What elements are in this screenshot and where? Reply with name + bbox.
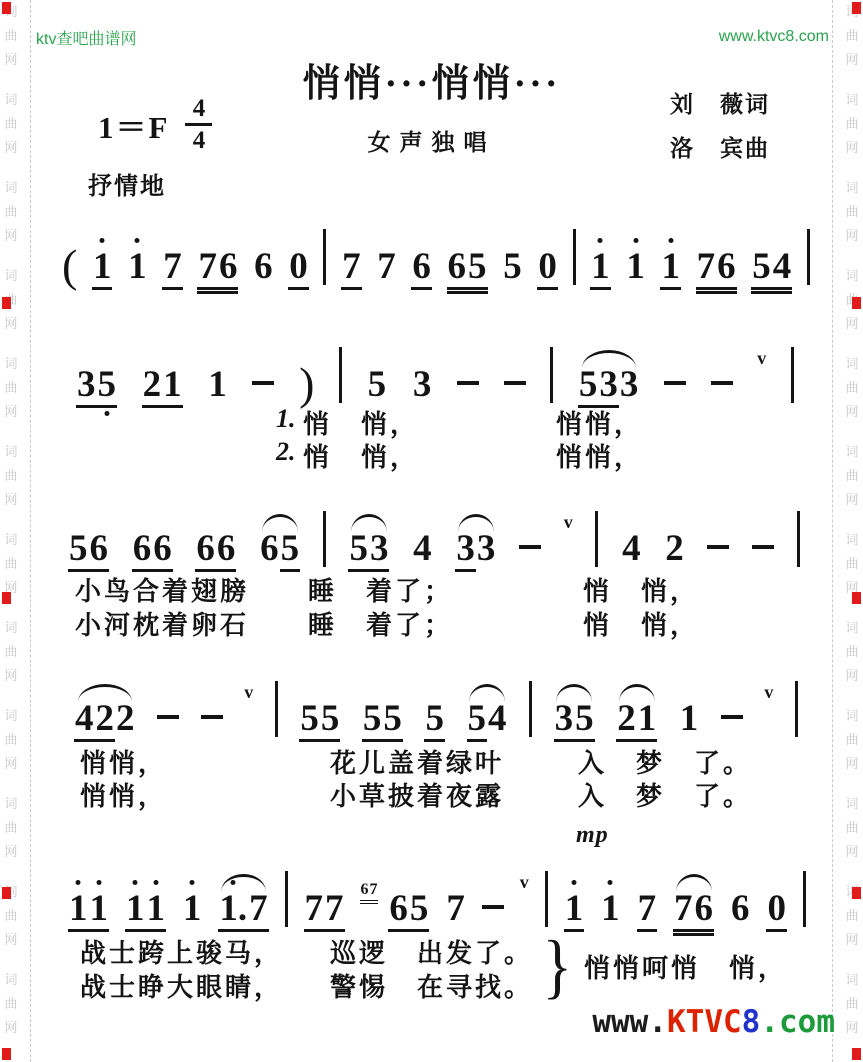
lyric-text: 小鸟合着翅膀 — [75, 571, 249, 608]
note: 5 — [502, 248, 523, 285]
note: 6 — [388, 890, 409, 927]
watermark-char: 词 — [841, 528, 863, 552]
beam-group: 35 — [76, 366, 117, 408]
breath-mark: v — [564, 512, 573, 533]
lyric-text: 悄 悄， — [303, 437, 419, 474]
lyric-text: 悄悄， — [80, 776, 167, 813]
note: 4 — [621, 530, 642, 567]
note: 7 — [445, 890, 466, 927]
watermark-char: 网 — [841, 400, 863, 424]
note: 7 — [673, 890, 694, 927]
note: 4 — [772, 248, 793, 285]
note: 2 — [95, 700, 116, 737]
watermark-char: 曲 — [841, 816, 863, 840]
music-line: 422v555555435211v — [74, 656, 798, 742]
beam-group: 6 — [411, 248, 432, 290]
watermark-char: 词 — [841, 176, 863, 200]
left-dashed-divider — [30, 0, 31, 1062]
logo-segment: www. — [592, 1004, 667, 1040]
watermark-char: 网 — [0, 312, 22, 336]
duration-dash — [519, 545, 541, 549]
note: 1 — [89, 890, 110, 927]
right-watermark-border: 词曲网词曲网词曲网词曲网词曲网词曲网词曲网词曲网词曲网词曲网词曲网词曲网 — [841, 0, 863, 1062]
note: 5 — [299, 700, 320, 737]
barline — [573, 229, 576, 285]
slur-group: 533 — [578, 350, 640, 408]
note: 7 — [304, 890, 325, 927]
note: 5 — [367, 366, 388, 403]
breath-mark: v — [520, 872, 529, 893]
note: 1 — [564, 890, 585, 927]
note: 3 — [619, 366, 640, 403]
duration-dash — [201, 715, 223, 719]
note: 5 — [467, 248, 488, 285]
note: 7 — [341, 248, 362, 285]
duration-dash — [157, 715, 179, 719]
watermark-char: 词 — [0, 968, 22, 992]
barline — [285, 871, 288, 927]
duration-dash — [711, 381, 733, 385]
note: 2 — [115, 700, 136, 737]
watermark-char: 词 — [0, 704, 22, 728]
watermark-char: 曲 — [0, 552, 22, 576]
note: 6 — [694, 890, 715, 927]
watermark-char: 曲 — [0, 816, 22, 840]
breath-mark: v — [244, 682, 253, 703]
watermark-char: 曲 — [841, 552, 863, 576]
red-edge-marker — [852, 887, 861, 899]
note: 6 — [218, 248, 239, 285]
watermark-char: 词 — [0, 440, 22, 464]
watermark-char: 网 — [841, 928, 863, 952]
beam-group: 56 — [68, 530, 109, 572]
site-url-link[interactable]: www.ktvc8.com — [719, 28, 829, 46]
note: 6 — [152, 530, 173, 567]
lyric-text: 2. — [276, 437, 296, 467]
watermark-char: 词 — [841, 704, 863, 728]
lyric-text: 1. — [276, 404, 296, 434]
lyric-text: 巡逻 出发了。 — [330, 933, 533, 970]
red-edge-marker — [2, 1048, 11, 1060]
note: 6 — [216, 530, 237, 567]
watermark-char: 网 — [841, 312, 863, 336]
note: 7 — [376, 248, 397, 285]
lyricist-credit: 刘 薇词 — [670, 86, 770, 119]
beam-group: 0 — [537, 248, 558, 290]
lyric-text: 悄悄， — [556, 404, 643, 441]
watermark-char: 曲 — [0, 904, 22, 928]
note: 1 — [625, 248, 646, 285]
note: 5 — [320, 700, 341, 737]
note: 5 — [751, 248, 772, 285]
lyric-text: 悄悄呵悄 悄， — [584, 948, 787, 985]
watermark-char: 网 — [0, 752, 22, 776]
beam-group: 11 — [68, 890, 109, 932]
beam-group: 1 — [92, 248, 113, 290]
note: 6 — [89, 530, 110, 567]
beam-group: 65 — [388, 890, 429, 932]
site-name-link[interactable]: ktv查吧曲谱网 — [36, 26, 136, 49]
note: 1 — [162, 366, 183, 403]
watermark-char: 曲 — [841, 200, 863, 224]
note: 7 — [197, 248, 218, 285]
slur-group: 35 — [554, 684, 595, 742]
red-edge-marker — [852, 297, 861, 309]
duration-dash — [664, 381, 686, 385]
watermark-char: 词 — [0, 528, 22, 552]
red-edge-marker — [852, 2, 861, 14]
red-edge-marker — [852, 592, 861, 604]
lyric-text: 战士睁大眼睛， — [80, 967, 283, 1004]
watermark-char: 网 — [0, 840, 22, 864]
duration-dash — [721, 715, 743, 719]
logo-segment: .com — [760, 1004, 835, 1040]
lyric-text: 小河枕着卵石 — [75, 605, 249, 642]
barline — [323, 511, 326, 567]
note: 7 — [637, 890, 658, 927]
watermark-char: 词 — [0, 352, 22, 376]
watermark-char: 词 — [0, 792, 22, 816]
watermark-char: 曲 — [841, 992, 863, 1016]
note: 6 — [447, 248, 468, 285]
verse-brace: } — [543, 925, 572, 1008]
note: 5 — [362, 700, 383, 737]
note: 7 — [324, 890, 345, 927]
lyric-text: 悄 悄， — [583, 571, 699, 608]
note: 5 — [382, 700, 403, 737]
lyric-text: 花儿盖着绿叶 — [330, 743, 504, 780]
red-edge-marker — [2, 297, 11, 309]
watermark-char: 词 — [841, 616, 863, 640]
beam-group: 5 — [280, 530, 301, 572]
beam-group: 5 — [467, 700, 488, 742]
tempo-marking: 抒情地 — [88, 166, 166, 201]
note: 4 — [412, 530, 433, 567]
note: 1 — [125, 890, 146, 927]
watermark-char: 曲 — [841, 24, 863, 48]
beam-group: 55 — [362, 700, 403, 742]
red-edge-marker — [852, 1048, 861, 1060]
watermark-char: 曲 — [841, 464, 863, 488]
beam-group: 21 — [142, 366, 183, 408]
watermark-char: 网 — [841, 224, 863, 248]
beam-group: 7 — [637, 890, 658, 932]
watermark-char: 词 — [0, 176, 22, 200]
lyric-text: 警惕 在寻找。 — [330, 967, 533, 1004]
watermark-char: 曲 — [0, 640, 22, 664]
watermark-char: 词 — [0, 616, 22, 640]
note: 0 — [766, 890, 787, 927]
beam-group: 0 — [288, 248, 309, 290]
music-line: 5666666553433v42 — [68, 486, 800, 572]
note: 3 — [476, 530, 497, 567]
note: 1 — [637, 700, 658, 737]
barline — [807, 229, 810, 285]
note: 3 — [598, 366, 619, 403]
beam-group: 55 — [299, 700, 340, 742]
note: 5 — [97, 366, 118, 403]
watermark-char: 曲 — [841, 904, 863, 928]
beam-group: 53 — [578, 366, 619, 408]
beam-group: 7 — [341, 248, 362, 290]
slur-group: 53 — [348, 514, 389, 572]
slur-group: 76 — [673, 874, 714, 932]
note: 1 — [182, 890, 203, 927]
watermark-char: 曲 — [0, 992, 22, 1016]
watermark-char: 网 — [0, 1016, 22, 1040]
beam-group: 66 — [132, 530, 173, 572]
lyric-text: 睡 着了； — [308, 605, 453, 642]
note: 5 — [348, 530, 369, 567]
note: 2 — [616, 700, 637, 737]
beam-group: 76 — [696, 248, 737, 290]
red-edge-marker — [2, 887, 11, 899]
note: 1 — [207, 366, 228, 403]
watermark-char: 曲 — [841, 376, 863, 400]
barline — [550, 347, 553, 403]
note: 5 — [574, 700, 595, 737]
note: 5 — [467, 700, 488, 737]
note: 2 — [664, 530, 685, 567]
watermark-char: 曲 — [0, 728, 22, 752]
duration-dash — [482, 905, 504, 909]
watermark-char: 词 — [841, 440, 863, 464]
note: 1 — [660, 248, 681, 285]
barline — [339, 347, 342, 403]
beam-group: 65 — [447, 248, 488, 290]
watermark-char: 词 — [0, 264, 22, 288]
note: 1 — [127, 248, 148, 285]
barline — [595, 511, 598, 567]
watermark-char: 曲 — [841, 728, 863, 752]
beam-group: 3 — [455, 530, 476, 572]
watermark-char: 网 — [0, 488, 22, 512]
watermark-char: 网 — [0, 400, 22, 424]
slur-group: 1.7 — [218, 874, 268, 932]
watermark-char: 网 — [841, 488, 863, 512]
note: 3 — [455, 530, 476, 567]
watermark-char: 网 — [0, 664, 22, 688]
watermark-char: 曲 — [0, 24, 22, 48]
lyric-text: 入 梦 了。 — [578, 776, 752, 813]
note: 5 — [409, 890, 430, 927]
note: 1 — [92, 248, 113, 285]
parenthesis: ( — [62, 239, 77, 292]
beam-group: 54 — [751, 248, 792, 290]
lyric-text: 睡 着了； — [308, 571, 453, 608]
note: 5 — [578, 366, 599, 403]
meter-numerator: 4 — [193, 96, 206, 121]
beam-group: 7 — [162, 248, 183, 290]
slur-group: 21 — [616, 684, 657, 742]
beam-group: 5 — [424, 700, 445, 742]
watermark-char: 网 — [0, 224, 22, 248]
music-line: (117766077665501117654 — [62, 204, 810, 290]
note: 5 — [280, 530, 301, 567]
note: 6 — [411, 248, 432, 285]
red-edge-marker — [2, 592, 11, 604]
note: 5 — [68, 530, 89, 567]
barline — [275, 681, 278, 737]
watermark-char: 网 — [841, 664, 863, 688]
note: 1 — [68, 890, 89, 927]
slur-group: 65 — [259, 514, 300, 572]
note: 1 — [600, 890, 621, 927]
watermark-char: 词 — [841, 792, 863, 816]
lyric-text: 悄悄， — [556, 437, 643, 474]
lyric-text: 小草披着夜露 — [330, 776, 504, 813]
logo-segment: 8 — [742, 1004, 761, 1040]
watermark-char: 曲 — [0, 464, 22, 488]
watermark-char: 词 — [841, 352, 863, 376]
note: 6 — [716, 248, 737, 285]
barline — [795, 681, 798, 737]
breath-mark: v — [757, 348, 766, 369]
beam-group: 76 — [197, 248, 238, 290]
beam-group: 66 — [195, 530, 236, 572]
note: 0 — [537, 248, 558, 285]
note: 7 — [248, 890, 269, 927]
lyric-text: 入 梦 了。 — [578, 743, 752, 780]
watermark-char: 曲 — [0, 200, 22, 224]
duration-dash — [504, 381, 526, 385]
watermark-char: 网 — [841, 752, 863, 776]
note: 1 — [590, 248, 611, 285]
lyric-text: 战士跨上骏马， — [80, 933, 283, 970]
composer-credit: 洛 宾曲 — [670, 130, 770, 163]
red-edge-marker — [2, 2, 11, 14]
watermark-char: 曲 — [841, 640, 863, 664]
barline — [797, 511, 800, 567]
barline — [803, 871, 806, 927]
note: 7 — [162, 248, 183, 285]
barline — [545, 871, 548, 927]
beam-group: 0 — [766, 890, 787, 932]
lyric-text: 悄 悄， — [583, 605, 699, 642]
watermark-char: 网 — [0, 928, 22, 952]
watermark-char: 网 — [841, 1016, 863, 1040]
note: 5 — [424, 700, 445, 737]
music-line: 35211)53533v — [76, 322, 794, 408]
beam-group: 1 — [660, 248, 681, 290]
logo-segment: KTVC — [667, 1004, 742, 1040]
note: 4 — [74, 700, 95, 737]
note: 6 — [132, 530, 153, 567]
parenthesis: ) — [299, 357, 314, 410]
duration-dash — [707, 545, 729, 549]
note: 4 — [487, 700, 508, 737]
watermark-char: 词 — [841, 264, 863, 288]
slur-group: 54 — [467, 684, 508, 742]
note: 0 — [288, 248, 309, 285]
note: 6 — [259, 530, 280, 567]
watermark-char: 网 — [841, 840, 863, 864]
barline — [529, 681, 532, 737]
barline — [323, 229, 326, 285]
slur-group: 422 — [74, 684, 136, 742]
ktvc8-logo-link[interactable]: www.KTVC8.com — [592, 1004, 835, 1040]
note: 3 — [76, 366, 97, 403]
music-line: 111111.77767657v1177660 — [68, 846, 806, 932]
note: 6 — [195, 530, 216, 567]
duration-dash — [457, 381, 479, 385]
left-watermark-border: 词曲网词曲网词曲网词曲网词曲网词曲网词曲网词曲网词曲网词曲网词曲网词曲网 — [0, 0, 22, 1062]
sheet-music-page: 词曲网词曲网词曲网词曲网词曲网词曲网词曲网词曲网词曲网词曲网词曲网词曲网 词曲网… — [0, 0, 863, 1062]
beam-group: 42 — [74, 700, 115, 742]
duration-dash — [252, 381, 274, 385]
note: 3 — [412, 366, 433, 403]
beam-group: 77 — [304, 890, 345, 932]
grace-notes: 67 — [360, 881, 378, 904]
note: 3 — [369, 530, 390, 567]
note: 6 — [730, 890, 751, 927]
note: 7 — [696, 248, 717, 285]
lyric-text: 悄 悄， — [303, 404, 419, 441]
lyric-text: 悄悄， — [80, 743, 167, 780]
beam-group: 1 — [590, 248, 611, 290]
note: 3 — [554, 700, 575, 737]
barline — [791, 347, 794, 403]
note: 1 — [145, 890, 166, 927]
duration-dash — [752, 545, 774, 549]
note: 1 — [679, 700, 700, 737]
beam-group: 11 — [125, 890, 166, 932]
watermark-char: 词 — [841, 968, 863, 992]
right-dashed-divider — [832, 0, 833, 1062]
slur-group: 33 — [455, 514, 496, 572]
breath-mark: v — [764, 682, 773, 703]
note: 2 — [142, 366, 163, 403]
note: 1. — [218, 890, 248, 927]
watermark-char: 曲 — [0, 376, 22, 400]
dynamic-marking: mp — [576, 822, 609, 849]
note: 6 — [253, 248, 274, 285]
